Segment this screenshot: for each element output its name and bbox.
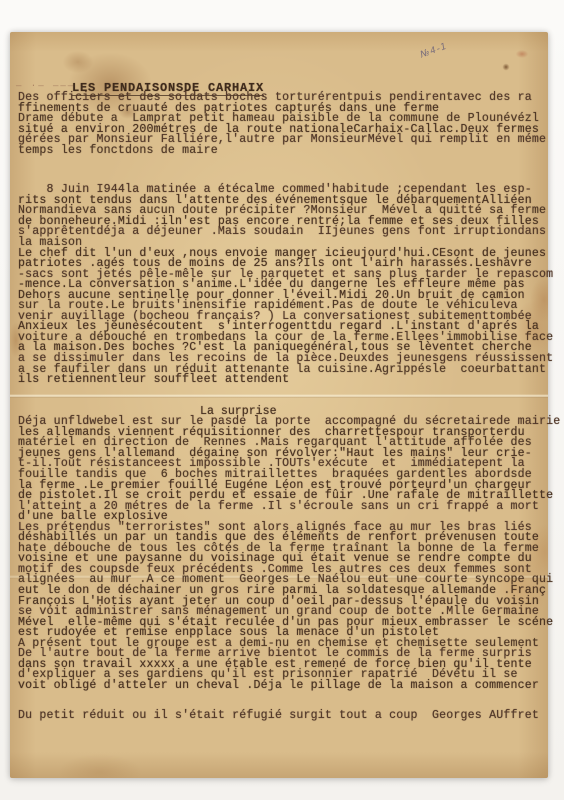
text-line: voit obligé d'atteler un cheval .Déja le… xyxy=(18,681,544,692)
document-page: №4-1 — ·— ——— LES PENDAISONSDE CARHAIX D… xyxy=(10,32,548,778)
typewritten-text-column: LES PENDAISONSDE CARHAIX Des officiers e… xyxy=(18,78,544,722)
text-line: Du petit réduit ou il s'était réfugié su… xyxy=(18,711,544,722)
text-line: s'apprêtentdéja a déjeuner .Mais soudain… xyxy=(18,227,544,238)
handwritten-page-number: №4-1 xyxy=(419,42,449,61)
paragraph-intro: Des officiers et des soldats boches tort… xyxy=(18,93,544,156)
text-line: ils retiennentleur souffleet attendent xyxy=(18,375,544,386)
scan-background: №4-1 — ·— ——— LES PENDAISONSDE CARHAIX D… xyxy=(0,0,564,800)
paragraph-surprise: Déja unfldwebel est sur le pasde la port… xyxy=(18,417,544,522)
text-line: temps les fonctdons de maire xyxy=(18,146,544,157)
paragraph-final: Du petit réduit ou il s'était réfugié su… xyxy=(18,711,544,722)
title-row: LES PENDAISONSDE CARHAIX xyxy=(72,78,544,91)
paragraph-roundup: Les prétendus "terroristes" sont alors a… xyxy=(18,523,544,692)
paragraph-narrative: 8 Juin I944la matinée a étécalme commed'… xyxy=(18,185,544,385)
